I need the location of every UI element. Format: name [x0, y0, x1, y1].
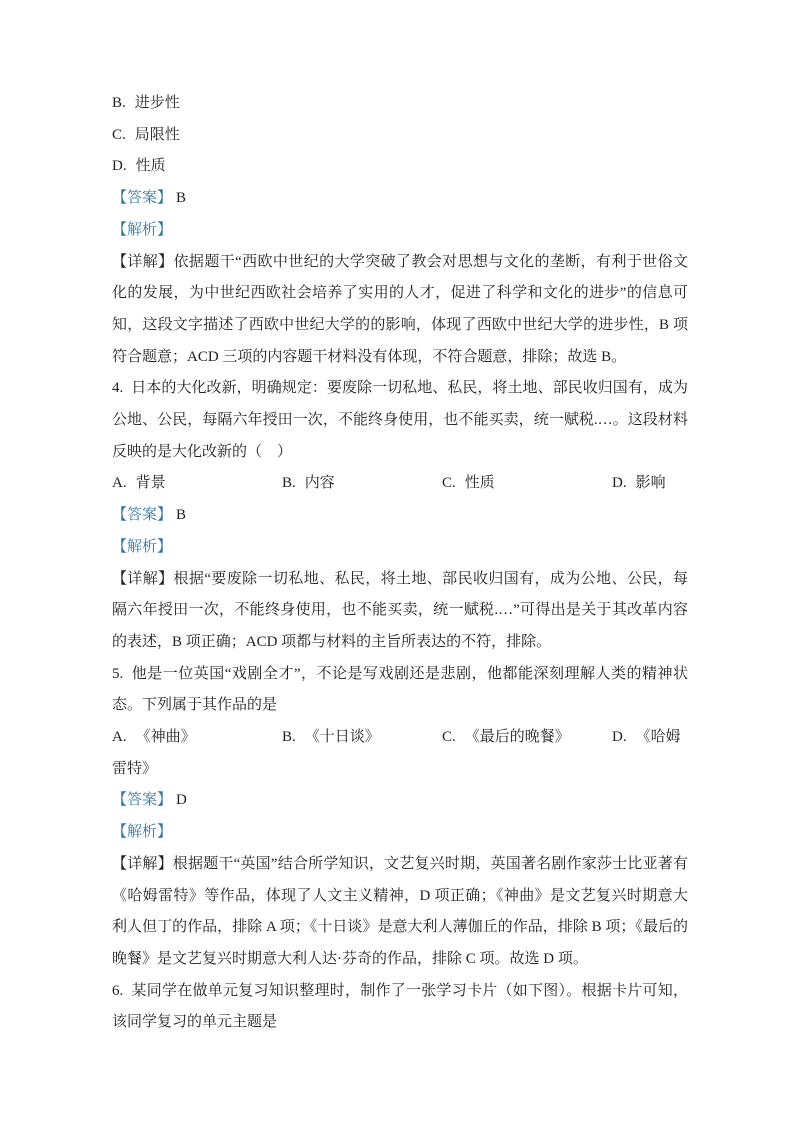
- option-text: 《最后的晚餐》: [465, 729, 570, 745]
- option-letter: C.: [442, 729, 456, 745]
- answer-marker: 【答案】: [112, 507, 172, 523]
- option-letter: C.: [442, 475, 456, 491]
- answer-line-q4: 【答案】B: [112, 500, 688, 532]
- answer-line-q5: 【答案】D: [112, 785, 688, 817]
- analysis-line-q4: 【解析】: [112, 532, 688, 564]
- analysis-line-q5: 【解析】: [112, 817, 688, 849]
- question-4-stem: 4.日本的大化改新，明确规定：要废除一切私地、私民，将土地、部民收归国有，成为公…: [112, 373, 688, 468]
- option-text: 《神曲》: [136, 729, 196, 745]
- detail-paragraph-q3: 【详解】依据题干“西欧中世纪的大学突破了教会对思想与文化的垄断，有利于世俗文化的…: [112, 247, 688, 374]
- answer-marker: 【答案】: [112, 190, 172, 206]
- question-stem-text: 某同学在做单元复习知识整理时，制作了一张学习卡片（如下图）。根据卡片可知，该同学…: [112, 983, 688, 1031]
- answer-marker: 【答案】: [112, 792, 172, 808]
- option-text: 性质: [136, 158, 166, 174]
- option-line-b: B.进步性: [112, 88, 688, 120]
- option-letter: C.: [112, 127, 126, 143]
- analysis-marker: 【解析】: [112, 824, 172, 840]
- question-6-stem: 6.某同学在做单元复习知识整理时，制作了一张学习卡片（如下图）。根据卡片可知，该…: [112, 976, 688, 1039]
- detail-paragraph-q5: 【详解】根据题干“英国”结合所学知识，文艺复兴时期，英国著名剧作家莎士比亚著有《…: [112, 849, 688, 976]
- option-line-d: D.性质: [112, 151, 688, 183]
- option-a: A.背景: [112, 468, 282, 500]
- option-d: D.影响: [612, 475, 666, 491]
- document-page: B.进步性 C.局限性 D.性质 【答案】B 【解析】 【详解】依据题干“西欧中…: [0, 0, 793, 1122]
- option-letter: B.: [112, 95, 126, 111]
- question-4-options: A.背景B.内容C.性质D.影响: [112, 468, 688, 500]
- option-text: 内容: [305, 475, 335, 491]
- option-text: 进步性: [135, 95, 180, 111]
- question-stem-text: 日本的大化改新，明确规定：要废除一切私地、私民，将土地、部民收归国有，成为公地、…: [112, 380, 688, 459]
- option-text: 《十日谈》: [305, 729, 380, 745]
- option-line-c: C.局限性: [112, 120, 688, 152]
- answer-line-q3: 【答案】B: [112, 183, 688, 215]
- option-b: B.内容: [282, 468, 442, 500]
- analysis-line-q3: 【解析】: [112, 215, 688, 247]
- question-5-stem: 5.他是一位英国“戏剧全才”，不论是写戏剧还是悲剧，他都能深刻理解人类的精神状态…: [112, 659, 688, 722]
- exam-content: B.进步性 C.局限性 D.性质 【答案】B 【解析】 【详解】依据题干“西欧中…: [112, 88, 688, 1039]
- analysis-marker: 【解析】: [112, 222, 172, 238]
- option-c: C.《最后的晚餐》: [442, 722, 612, 754]
- question-number: 6.: [112, 983, 123, 999]
- option-text: 影响: [636, 475, 666, 491]
- question-5-options: A.《神曲》B.《十日谈》C.《最后的晚餐》D.《哈姆雷特》: [112, 722, 688, 785]
- question-stem-text: 他是一位英国“戏剧全才”，不论是写戏剧还是悲剧，他都能深刻理解人类的精神状态。下…: [112, 666, 688, 714]
- question-number: 5.: [112, 666, 123, 682]
- option-letter: A.: [112, 475, 127, 491]
- option-text: 背景: [136, 475, 166, 491]
- option-a: A.《神曲》: [112, 722, 282, 754]
- option-letter: B.: [282, 729, 296, 745]
- option-letter: D.: [112, 158, 127, 174]
- answer-value: B: [176, 190, 186, 206]
- option-b: B.《十日谈》: [282, 722, 442, 754]
- answer-value: B: [176, 507, 186, 523]
- analysis-marker: 【解析】: [112, 539, 172, 555]
- answer-value: D: [176, 792, 187, 808]
- option-letter: A.: [112, 729, 127, 745]
- option-c: C.性质: [442, 468, 612, 500]
- question-number: 4.: [112, 380, 123, 396]
- option-letter: D.: [612, 729, 627, 745]
- detail-paragraph-q4: 【详解】根据“要废除一切私地、私民，将土地、部民收归国有，成为公地、公民，每隔六…: [112, 564, 688, 659]
- option-text: 性质: [465, 475, 495, 491]
- option-letter: D.: [612, 475, 627, 491]
- option-text: 局限性: [135, 127, 180, 143]
- option-letter: B.: [282, 475, 296, 491]
